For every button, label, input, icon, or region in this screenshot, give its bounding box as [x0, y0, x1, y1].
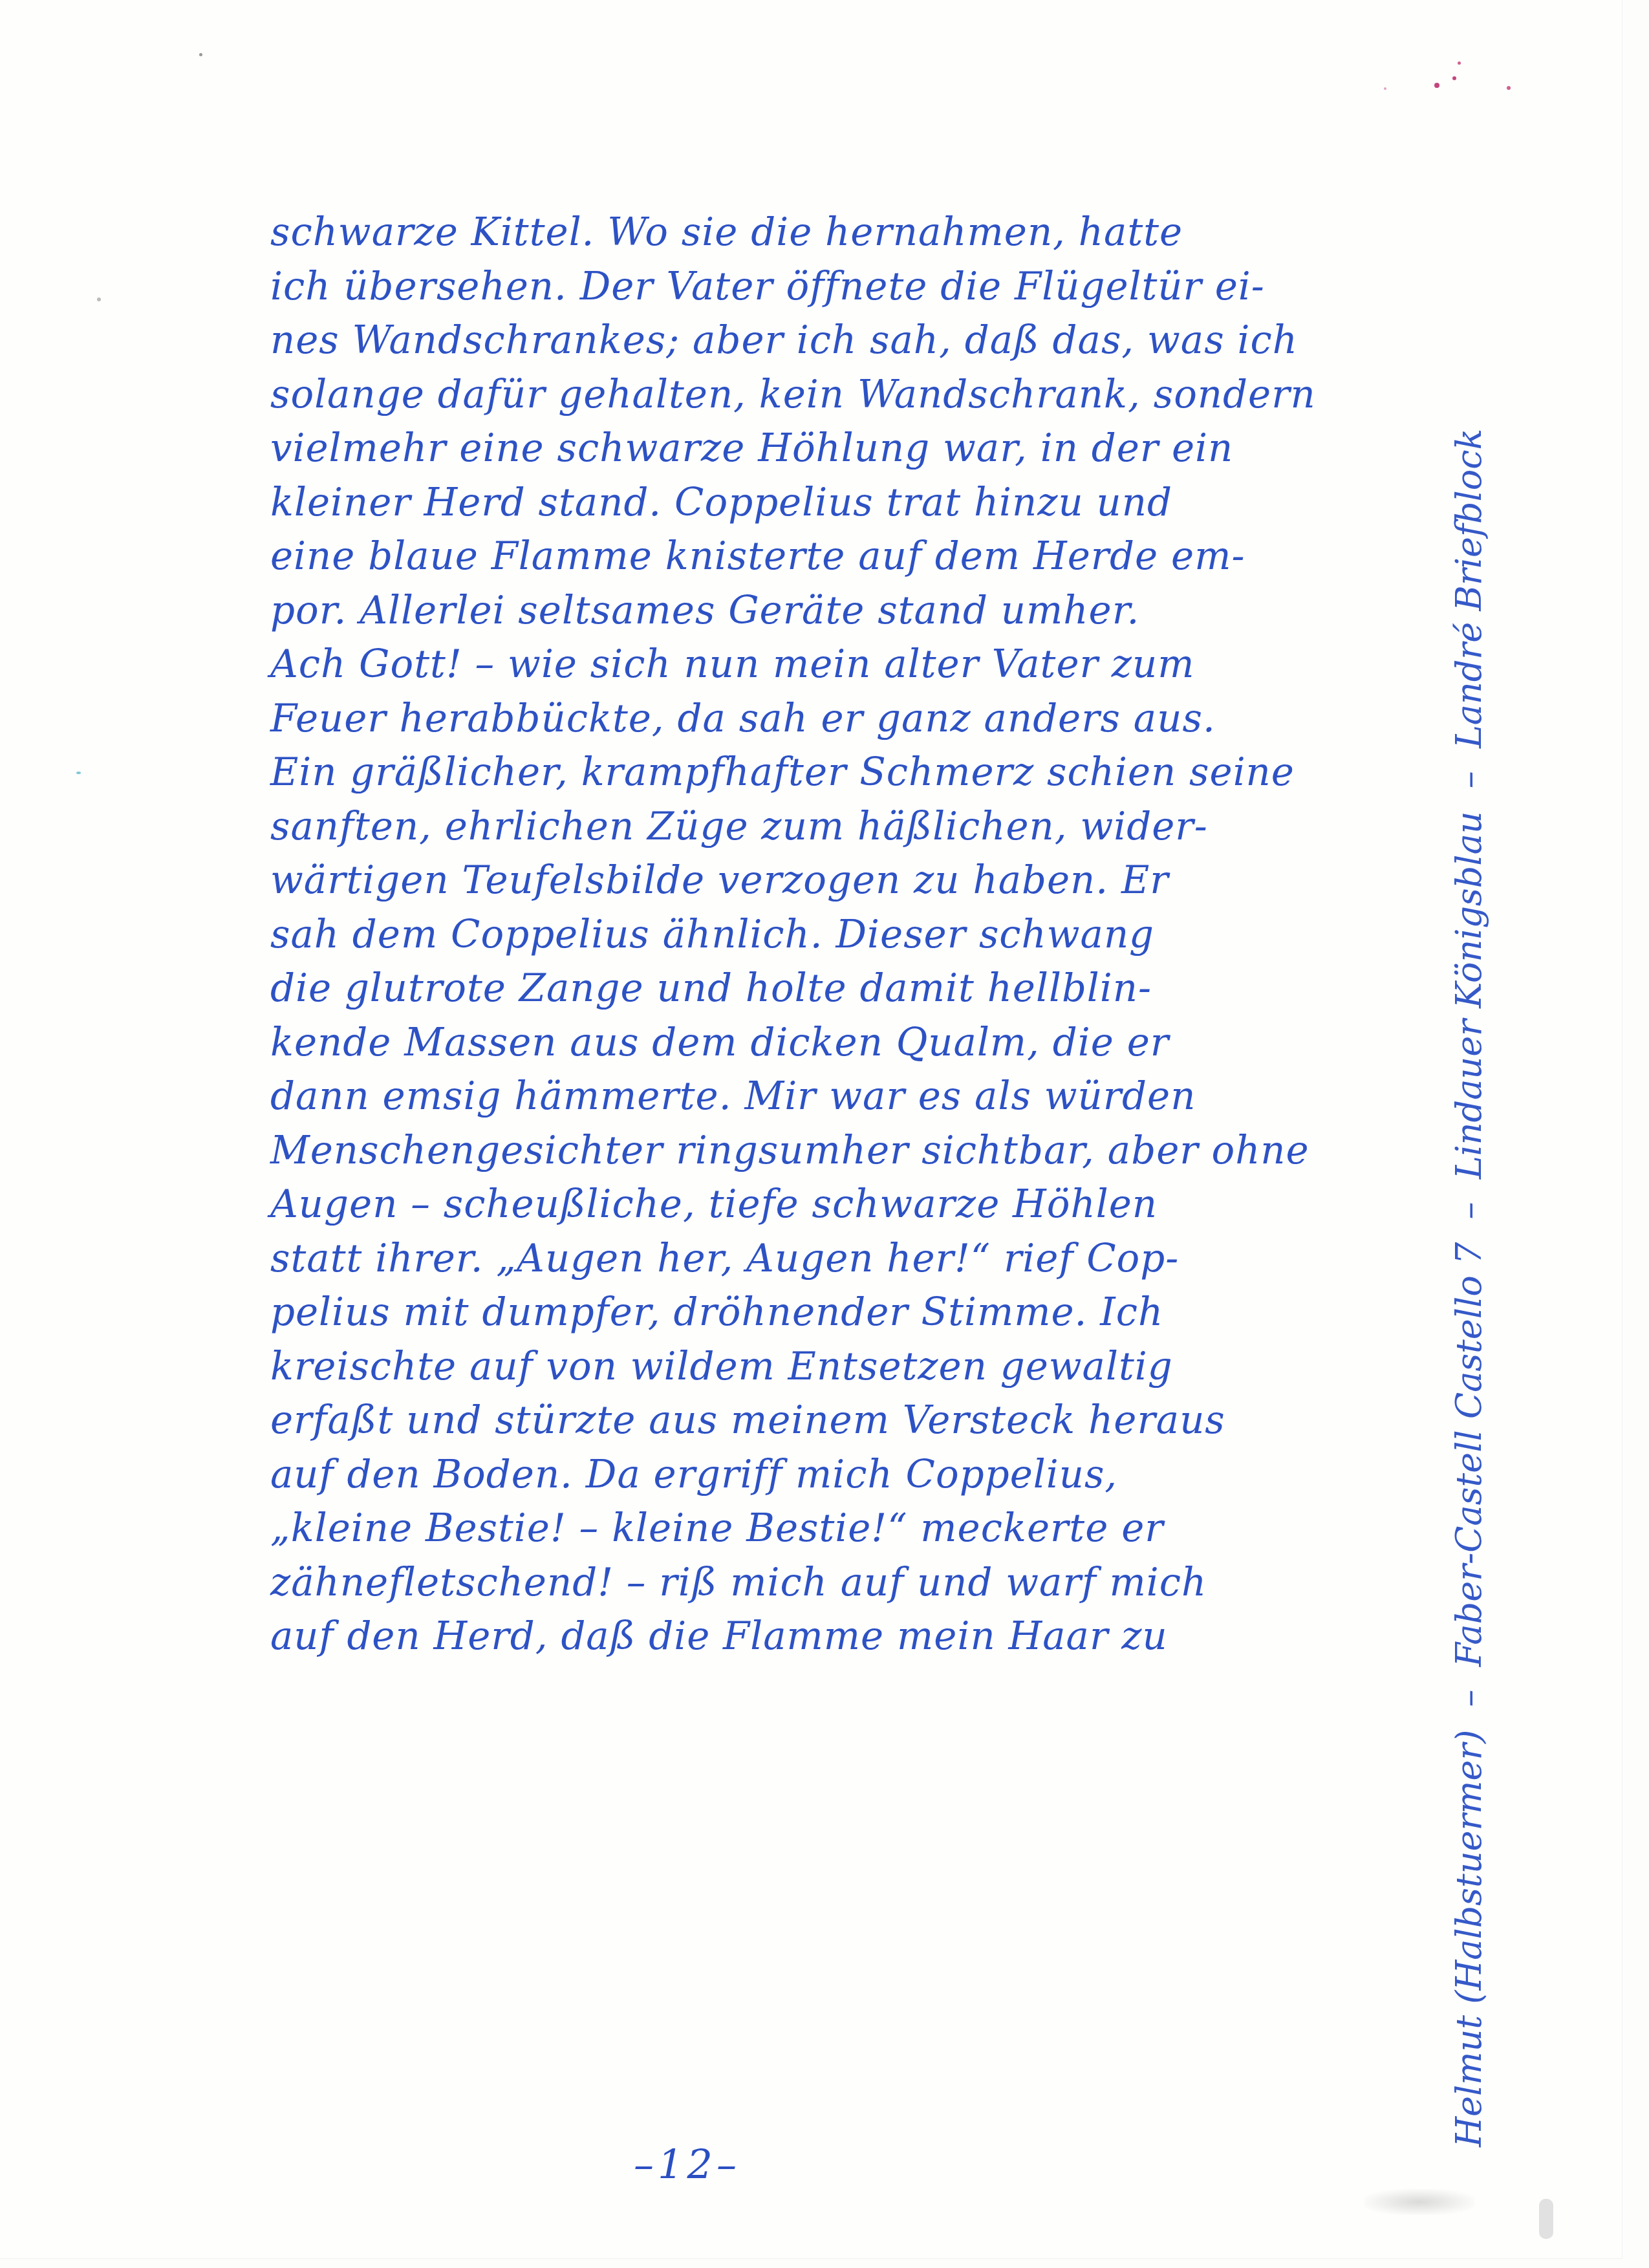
text-line: sah dem Coppelius ähnlich. Dieser schwan…: [270, 908, 1396, 962]
page-number: –12–: [634, 2141, 740, 2188]
text-line: eine blaue Flamme knisterte auf dem Herd…: [270, 530, 1396, 584]
text-line: schwarze Kittel. Wo sie die hernahmen, h…: [270, 206, 1396, 260]
text-line: pelius mit dumpfer, dröhnender Stimme. I…: [270, 1286, 1396, 1340]
text-line: kende Massen aus dem dicken Qualm, die e…: [270, 1016, 1396, 1070]
text-line: ich übersehen. Der Vater öffnete die Flü…: [270, 260, 1396, 314]
pink-ink-speck: [1452, 76, 1456, 80]
margin-note-paper: Landré Briefblock: [1449, 429, 1489, 748]
text-line: nes Wandschrankes; aber ich sah, daß das…: [270, 314, 1396, 368]
grey-speck: [199, 53, 202, 56]
text-line: wärtigen Teufelsbilde verzogen zu haben.…: [270, 854, 1396, 908]
text-line: Ach Gott! – wie sich nun mein alter Vate…: [270, 638, 1396, 692]
pink-ink-speck: [1434, 83, 1439, 88]
margin-note-ink: Lindauer Königsblau: [1449, 811, 1489, 1179]
text-line: die glutrote Zange und holte damit hellb…: [270, 962, 1396, 1016]
pink-ink-speck: [1458, 61, 1461, 65]
text-line: statt ihrer. „Augen her, Augen her!“ rie…: [270, 1232, 1396, 1286]
cyan-speck: [76, 772, 81, 774]
text-line: Menschengesichter ringsumher sichtbar, a…: [270, 1124, 1396, 1178]
text-line: „kleine Bestie! – kleine Bestie!“ mecker…: [270, 1502, 1396, 1556]
text-line: Ein gräßlicher, krampfhafter Schmerz sch…: [270, 746, 1396, 800]
faded-stamp: [1364, 2189, 1474, 2215]
paper-sheet: schwarze Kittel. Wo sie die hernahmen, h…: [0, 0, 1622, 2259]
grey-smudge: [1539, 2199, 1553, 2239]
text-line: Augen – scheußliche, tiefe schwarze Höhl…: [270, 1178, 1396, 1232]
margin-note-separator: –: [1449, 1689, 1489, 1707]
grey-speck: [97, 297, 101, 301]
margin-note-author: Helmut (Halbstuermer): [1449, 1730, 1489, 2147]
text-line: sanften, ehrlichen Züge zum häßlichen, w…: [270, 800, 1396, 854]
margin-note-pen: Faber-Castell Castello 7: [1449, 1242, 1489, 1667]
text-line: auf den Boden. Da ergriff mich Coppelius…: [270, 1448, 1396, 1502]
pink-ink-speck: [1507, 86, 1511, 90]
text-line: dann emsig hämmerte. Mir war es als würd…: [270, 1070, 1396, 1124]
margin-note-separator: –: [1449, 1202, 1489, 1219]
text-line: kreischte auf von wildem Entsetzen gewal…: [270, 1340, 1396, 1394]
pink-ink-speck: [1384, 87, 1386, 90]
margin-note-separator: –: [1449, 771, 1489, 788]
text-line: Feuer herabbückte, da sah er ganz anders…: [270, 692, 1396, 746]
text-line: zähnefletschend! – riß mich auf und warf…: [270, 1556, 1396, 1610]
text-line: solange dafür gehalten, kein Wandschrank…: [270, 368, 1396, 422]
text-line: auf den Herd, daß die Flamme mein Haar z…: [270, 1610, 1396, 1664]
handwritten-body: schwarze Kittel. Wo sie die hernahmen, h…: [270, 206, 1408, 1664]
text-line: por. Allerlei seltsames Geräte stand umh…: [270, 584, 1396, 638]
text-line: vielmehr eine schwarze Höhlung war, in d…: [270, 422, 1396, 476]
text-line: kleiner Herd stand. Coppelius trat hinzu…: [270, 476, 1396, 530]
margin-note-vertical: Helmut (Halbstuermer) – Faber-Castell Ca…: [1449, 233, 1489, 2147]
text-line: erfaßt und stürzte aus meinem Versteck h…: [270, 1394, 1396, 1448]
